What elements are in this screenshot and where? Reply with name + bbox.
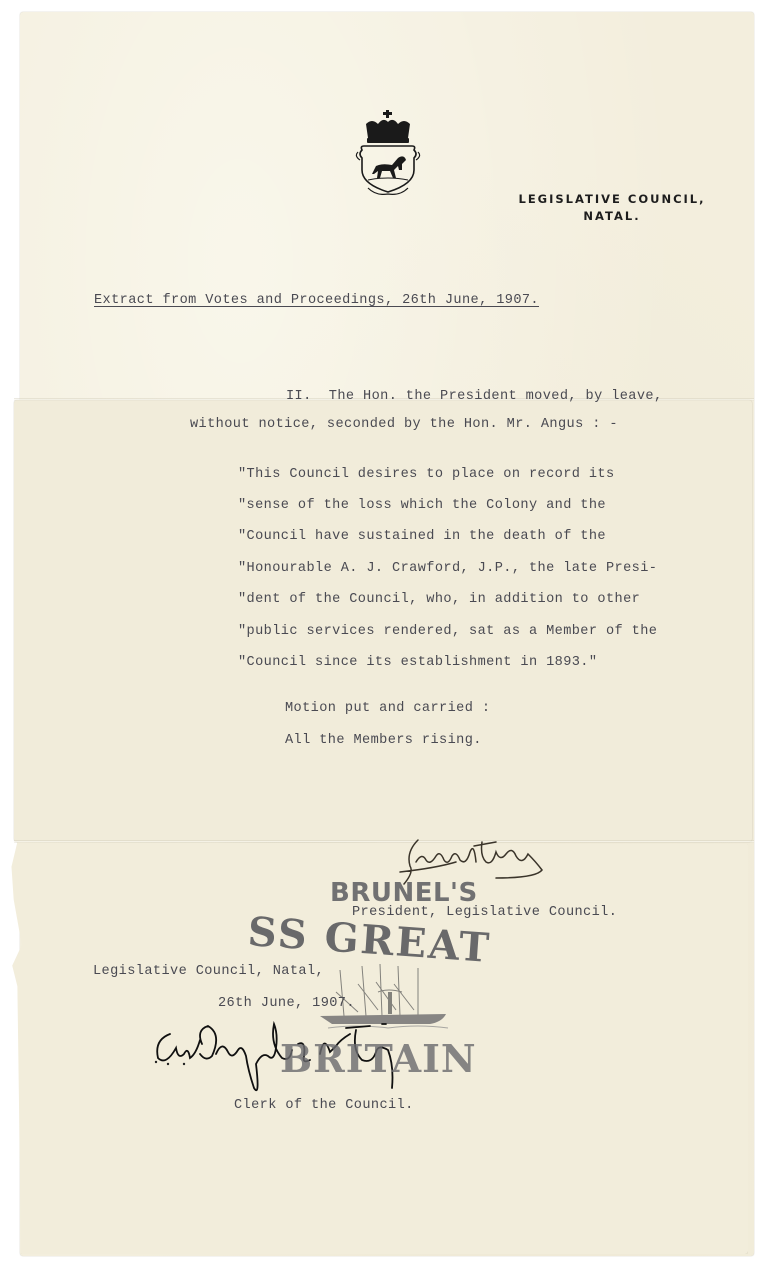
fold-line-lower	[14, 840, 754, 843]
resolution-line: "Honourable A. J. Crawford, J.P., the la…	[238, 561, 657, 576]
letterhead-council-name: LEGISLATIVE COUNCIL,	[512, 192, 712, 206]
document-heading: Extract from Votes and Proceedings, 26th…	[94, 293, 539, 308]
clerk-title: Clerk of the Council.	[234, 1098, 414, 1113]
outcome-line-2: All the Members rising.	[285, 733, 482, 748]
motion-line-2: without notice, seconded by the Hon. Mr.…	[190, 417, 618, 432]
resolution-line: "sense of the loss which the Colony and …	[238, 498, 606, 513]
resolution-line: "This Council desires to place on record…	[238, 467, 615, 482]
resolution-line: "Council have sustained in the death of …	[238, 529, 606, 544]
natal-crest-crown-horse-icon	[352, 108, 424, 198]
letterhead: LEGISLATIVE COUNCIL, NATAL.	[512, 192, 712, 223]
resolution-line: "Council since its establishment in 1893…	[238, 655, 597, 670]
place-line: Legislative Council, Natal,	[93, 964, 324, 979]
motion-line-1: II. The Hon. the President moved, by lea…	[286, 389, 663, 404]
resolution-line: "dent of the Council, who, in addition t…	[238, 592, 640, 607]
resolution-line: "public services rendered, sat as a Memb…	[238, 624, 657, 639]
watermark-britain: BRITAIN	[280, 1036, 477, 1081]
watermark-brunels: BRUNEL'S	[330, 878, 478, 908]
letterhead-colony: NATAL.	[512, 209, 712, 223]
outcome-line-1: Motion put and carried :	[285, 701, 490, 716]
